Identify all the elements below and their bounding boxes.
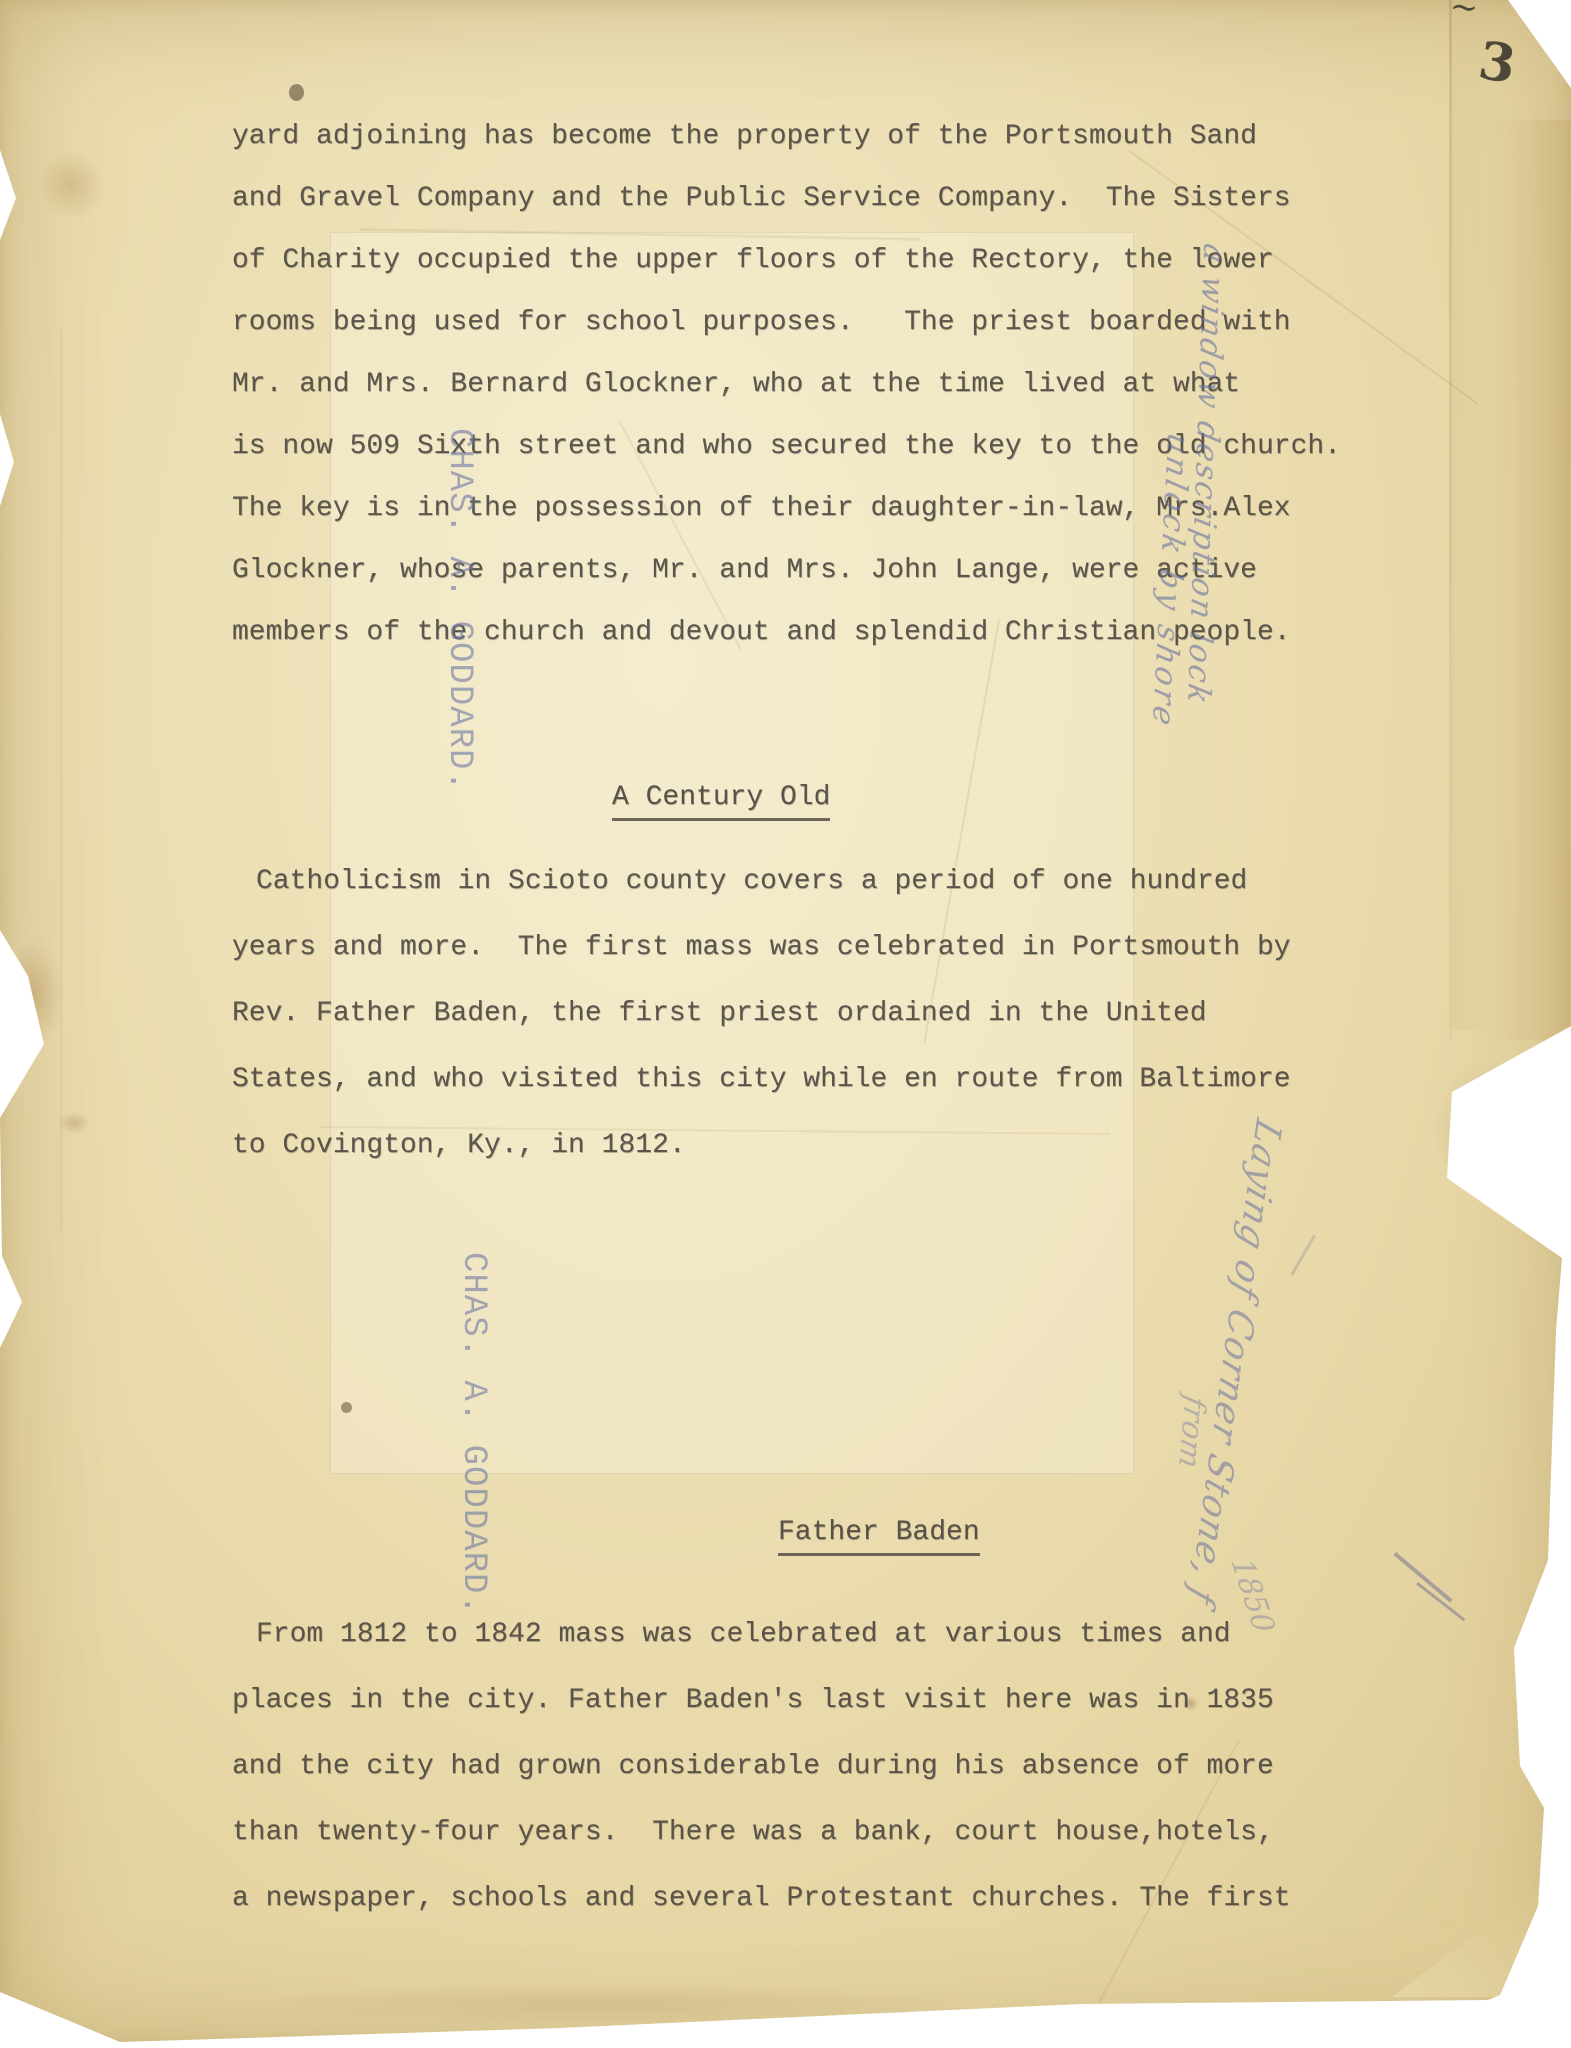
typed-line: places in the city. Father Baden's last … — [232, 1668, 1291, 1734]
typed-line: of Charity occupied the upper floors of … — [232, 230, 1341, 292]
crease — [60, 330, 62, 1230]
ink-stroke — [1393, 1552, 1452, 1603]
corner-tilde-mark: ~ — [1448, 0, 1481, 29]
stain — [58, 1112, 90, 1134]
typed-line: Catholicism in Scioto county covers a pe… — [232, 849, 1291, 915]
page-number: 3 — [1474, 30, 1519, 96]
paragraph-3: From 1812 to 1842 mass was celebrated at… — [232, 1602, 1291, 1932]
stain — [289, 84, 304, 101]
typed-line: rooms being used for school purposes. Th… — [232, 292, 1341, 354]
margin-note-cornerstone: Laying of Corner Stone, f — [1181, 1114, 1288, 1611]
goddard-stamp-upper: CHAS. A. GODDARD. — [440, 428, 478, 792]
typed-line: From 1812 to 1842 mass was celebrated at… — [232, 1602, 1291, 1668]
paragraph-2: Catholicism in Scioto county covers a pe… — [232, 849, 1291, 1179]
ink-stroke — [1290, 1235, 1316, 1276]
folded-corner — [1368, 1885, 1540, 1997]
typed-line: to Covington, Ky., in 1812. — [232, 1113, 1291, 1179]
section-heading-father-baden: Father Baden — [778, 1517, 980, 1556]
typed-line: Mr. and Mrs. Bernard Glockner, who at th… — [232, 354, 1341, 416]
crease — [1449, 0, 1452, 1040]
scanned-document: yard adjoining has become the property o… — [0, 0, 1571, 2048]
typed-line: yard adjoining has become the property o… — [232, 106, 1341, 168]
typed-line: and Gravel Company and the Public Servic… — [232, 168, 1341, 230]
stain — [1430, 1060, 1560, 1200]
typed-line: Rev. Father Baden, the first priest orda… — [232, 981, 1291, 1047]
stain — [36, 150, 106, 220]
stain — [1490, 120, 1570, 1040]
typed-line: States, and who visited this city while … — [232, 1047, 1291, 1113]
ink-stroke — [1416, 1582, 1465, 1621]
margin-note-fragment: from — [1171, 1392, 1212, 1472]
typed-line: years and more. The first mass was celeb… — [232, 915, 1291, 981]
section-heading-century-old: A Century Old — [612, 782, 830, 821]
typed-line: a newspaper, schools and several Protest… — [232, 1866, 1291, 1932]
paper: yard adjoining has become the property o… — [0, 0, 1571, 2048]
crease — [1452, 0, 1512, 1030]
stain — [2, 938, 64, 1050]
stain — [240, 1982, 960, 2026]
typed-line: than twenty-four years. There was a bank… — [232, 1800, 1291, 1866]
goddard-stamp-lower: CHAS. A. GODDARD. — [454, 1252, 492, 1616]
typed-line: and the city had grown considerable duri… — [232, 1734, 1291, 1800]
